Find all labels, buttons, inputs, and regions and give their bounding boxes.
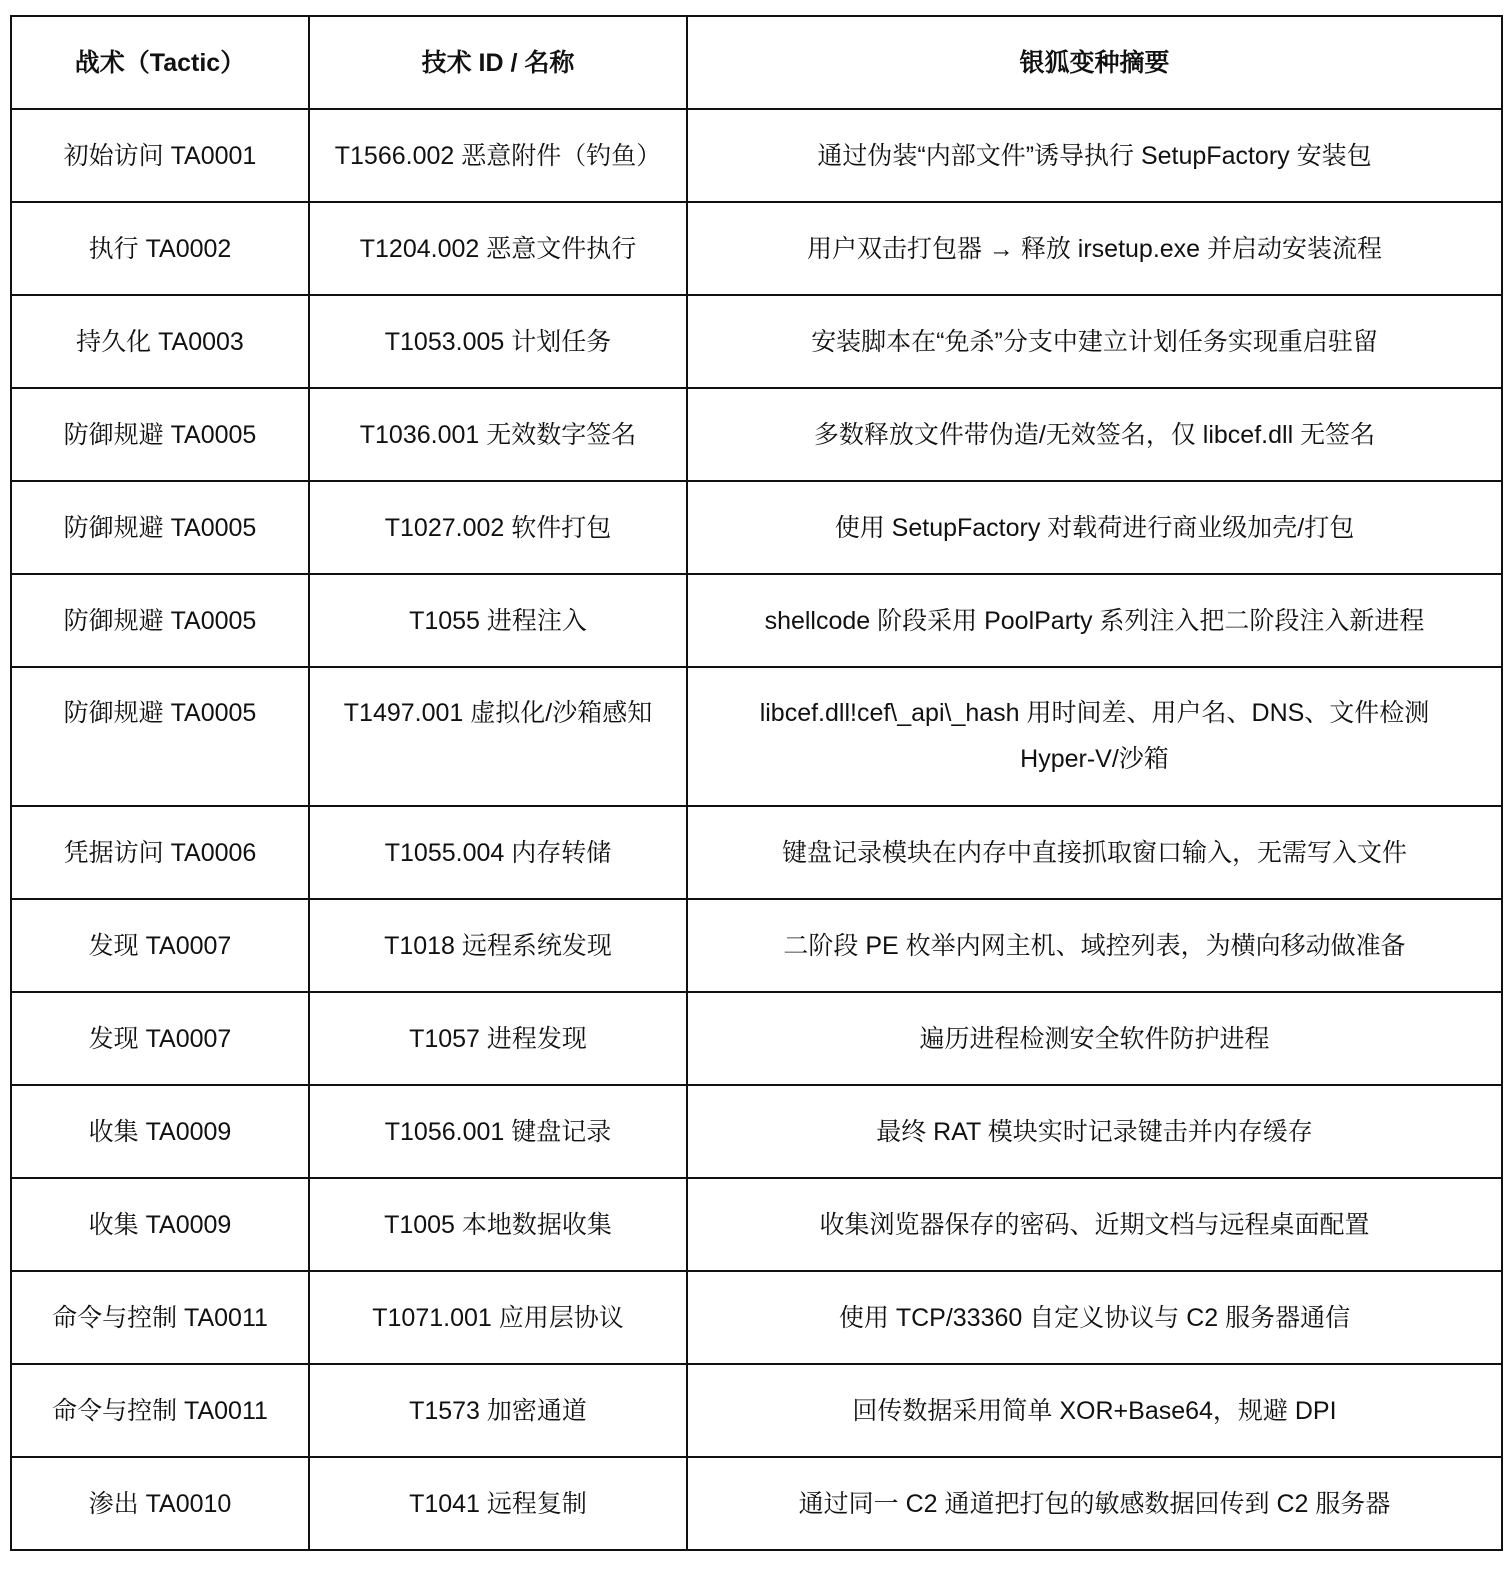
table-row: 收集 TA0009 T1056.001 键盘记录 最终 RAT 模块实时记录键击… [11, 1085, 1502, 1178]
cell-tactic: 收集 TA0009 [11, 1085, 309, 1178]
cell-technique: T1071.001 应用层协议 [309, 1271, 687, 1364]
cell-tactic: 初始访问 TA0001 [11, 109, 309, 202]
mitre-attack-table: 战术（Tactic） 技术 ID / 名称 银狐变种摘要 初始访问 TA0001… [10, 15, 1503, 1551]
table-row: 命令与控制 TA0011 T1071.001 应用层协议 使用 TCP/3336… [11, 1271, 1502, 1364]
cell-technique: T1566.002 恶意附件（钓鱼） [309, 109, 687, 202]
cell-summary: shellcode 阶段采用 PoolParty 系列注入把二阶段注入新进程 [687, 574, 1502, 667]
table-row: 发现 TA0007 T1018 远程系统发现 二阶段 PE 枚举内网主机、域控列… [11, 899, 1502, 992]
table-row: 执行 TA0002 T1204.002 恶意文件执行 用户双击打包器 → 释放 … [11, 202, 1502, 295]
cell-tactic: 命令与控制 TA0011 [11, 1364, 309, 1457]
cell-summary: 多数释放文件带伪造/无效签名，仅 libcef.dll 无签名 [687, 388, 1502, 481]
cell-tactic: 发现 TA0007 [11, 899, 309, 992]
table-row: 初始访问 TA0001 T1566.002 恶意附件（钓鱼） 通过伪装“内部文件… [11, 109, 1502, 202]
cell-technique: T1053.005 计划任务 [309, 295, 687, 388]
cell-summary: 通过同一 C2 通道把打包的敏感数据回传到 C2 服务器 [687, 1457, 1502, 1550]
header-technique: 技术 ID / 名称 [309, 16, 687, 109]
cell-tactic: 防御规避 TA0005 [11, 481, 309, 574]
cell-technique: T1204.002 恶意文件执行 [309, 202, 687, 295]
cell-technique: T1036.001 无效数字签名 [309, 388, 687, 481]
cell-tactic: 防御规避 TA0005 [11, 574, 309, 667]
cell-tactic: 执行 TA0002 [11, 202, 309, 295]
cell-technique: T1573 加密通道 [309, 1364, 687, 1457]
table-row: 防御规避 TA0005 T1036.001 无效数字签名 多数释放文件带伪造/无… [11, 388, 1502, 481]
cell-technique: T1005 本地数据收集 [309, 1178, 687, 1271]
table-row: 渗出 TA0010 T1041 远程复制 通过同一 C2 通道把打包的敏感数据回… [11, 1457, 1502, 1550]
cell-summary: 用户双击打包器 → 释放 irsetup.exe 并启动安装流程 [687, 202, 1502, 295]
cell-tactic: 渗出 TA0010 [11, 1457, 309, 1550]
table-row: 发现 TA0007 T1057 进程发现 遍历进程检测安全软件防护进程 [11, 992, 1502, 1085]
cell-summary: libcef.dll!cef\_api\_hash 用时间差、用户名、DNS、文… [687, 667, 1502, 806]
header-tactic: 战术（Tactic） [11, 16, 309, 109]
cell-tactic: 防御规避 TA0005 [11, 388, 309, 481]
cell-technique: T1041 远程复制 [309, 1457, 687, 1550]
cell-technique: T1055 进程注入 [309, 574, 687, 667]
cell-tactic: 防御规避 TA0005 [11, 667, 309, 806]
cell-technique: T1055.004 内存转储 [309, 806, 687, 899]
cell-tactic: 持久化 TA0003 [11, 295, 309, 388]
table-row: 防御规避 TA0005 T1055 进程注入 shellcode 阶段采用 Po… [11, 574, 1502, 667]
cell-summary: 遍历进程检测安全软件防护进程 [687, 992, 1502, 1085]
cell-summary: 键盘记录模块在内存中直接抓取窗口输入，无需写入文件 [687, 806, 1502, 899]
cell-summary: 通过伪装“内部文件”诱导执行 SetupFactory 安装包 [687, 109, 1502, 202]
cell-summary: 使用 SetupFactory 对载荷进行商业级加壳/打包 [687, 481, 1502, 574]
table-row: 持久化 TA0003 T1053.005 计划任务 安装脚本在“免杀”分支中建立… [11, 295, 1502, 388]
cell-summary: 二阶段 PE 枚举内网主机、域控列表，为横向移动做准备 [687, 899, 1502, 992]
cell-tactic: 发现 TA0007 [11, 992, 309, 1085]
table-row: 命令与控制 TA0011 T1573 加密通道 回传数据采用简单 XOR+Bas… [11, 1364, 1502, 1457]
table-row: 防御规避 TA0005 T1027.002 软件打包 使用 SetupFacto… [11, 481, 1502, 574]
cell-summary: 收集浏览器保存的密码、近期文档与远程桌面配置 [687, 1178, 1502, 1271]
table-row: 凭据访问 TA0006 T1055.004 内存转储 键盘记录模块在内存中直接抓… [11, 806, 1502, 899]
table-header-row: 战术（Tactic） 技术 ID / 名称 银狐变种摘要 [11, 16, 1502, 109]
cell-summary: 回传数据采用简单 XOR+Base64，规避 DPI [687, 1364, 1502, 1457]
header-summary: 银狐变种摘要 [687, 16, 1502, 109]
cell-technique: T1056.001 键盘记录 [309, 1085, 687, 1178]
cell-technique: T1027.002 软件打包 [309, 481, 687, 574]
table-row: 收集 TA0009 T1005 本地数据收集 收集浏览器保存的密码、近期文档与远… [11, 1178, 1502, 1271]
cell-technique: T1057 进程发现 [309, 992, 687, 1085]
cell-summary: 最终 RAT 模块实时记录键击并内存缓存 [687, 1085, 1502, 1178]
cell-summary: 安装脚本在“免杀”分支中建立计划任务实现重启驻留 [687, 295, 1502, 388]
table-row: 防御规避 TA0005 T1497.001 虚拟化/沙箱感知 libcef.dl… [11, 667, 1502, 806]
cell-technique: T1018 远程系统发现 [309, 899, 687, 992]
cell-tactic: 收集 TA0009 [11, 1178, 309, 1271]
cell-technique: T1497.001 虚拟化/沙箱感知 [309, 667, 687, 806]
cell-tactic: 凭据访问 TA0006 [11, 806, 309, 899]
cell-tactic: 命令与控制 TA0011 [11, 1271, 309, 1364]
cell-summary: 使用 TCP/33360 自定义协议与 C2 服务器通信 [687, 1271, 1502, 1364]
